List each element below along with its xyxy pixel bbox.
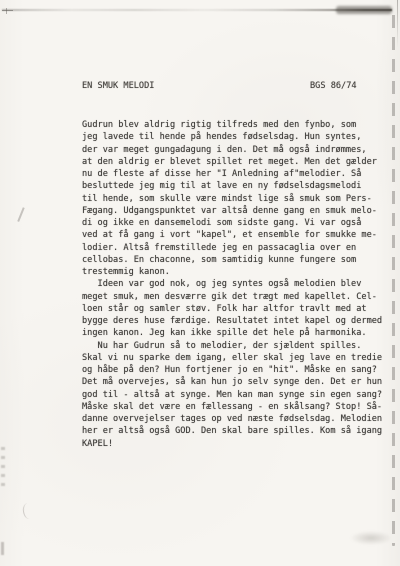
scan-artifact-paren-mark [22, 502, 35, 519]
document-header: EN SMUK MELODI BGS 86/74 [0, 80, 400, 92]
scan-artifact-top-right-blob [336, 6, 392, 14]
document-body-text: Gudrun blev aldrig rigtig tilfreds med d… [82, 119, 382, 450]
scan-artifact-top-line [2, 9, 392, 11]
scan-artifact-corner-edge-line [397, 0, 398, 48]
scan-artifact-slash-mark [17, 207, 24, 222]
scan-artifact-bottom-left-mark [1, 542, 4, 555]
scan-artifact-left-edge-specks [1, 447, 5, 489]
document-reference-number: BGS 86/74 [310, 80, 357, 92]
scanned-document-page: EN SMUK MELODI BGS 86/74 Gudrun blev ald… [0, 0, 400, 566]
scan-artifact-top-left-mark [2, 8, 13, 14]
document-title: EN SMUK MELODI [82, 80, 154, 92]
scan-artifact-bottom-right-smudge [350, 531, 392, 545]
